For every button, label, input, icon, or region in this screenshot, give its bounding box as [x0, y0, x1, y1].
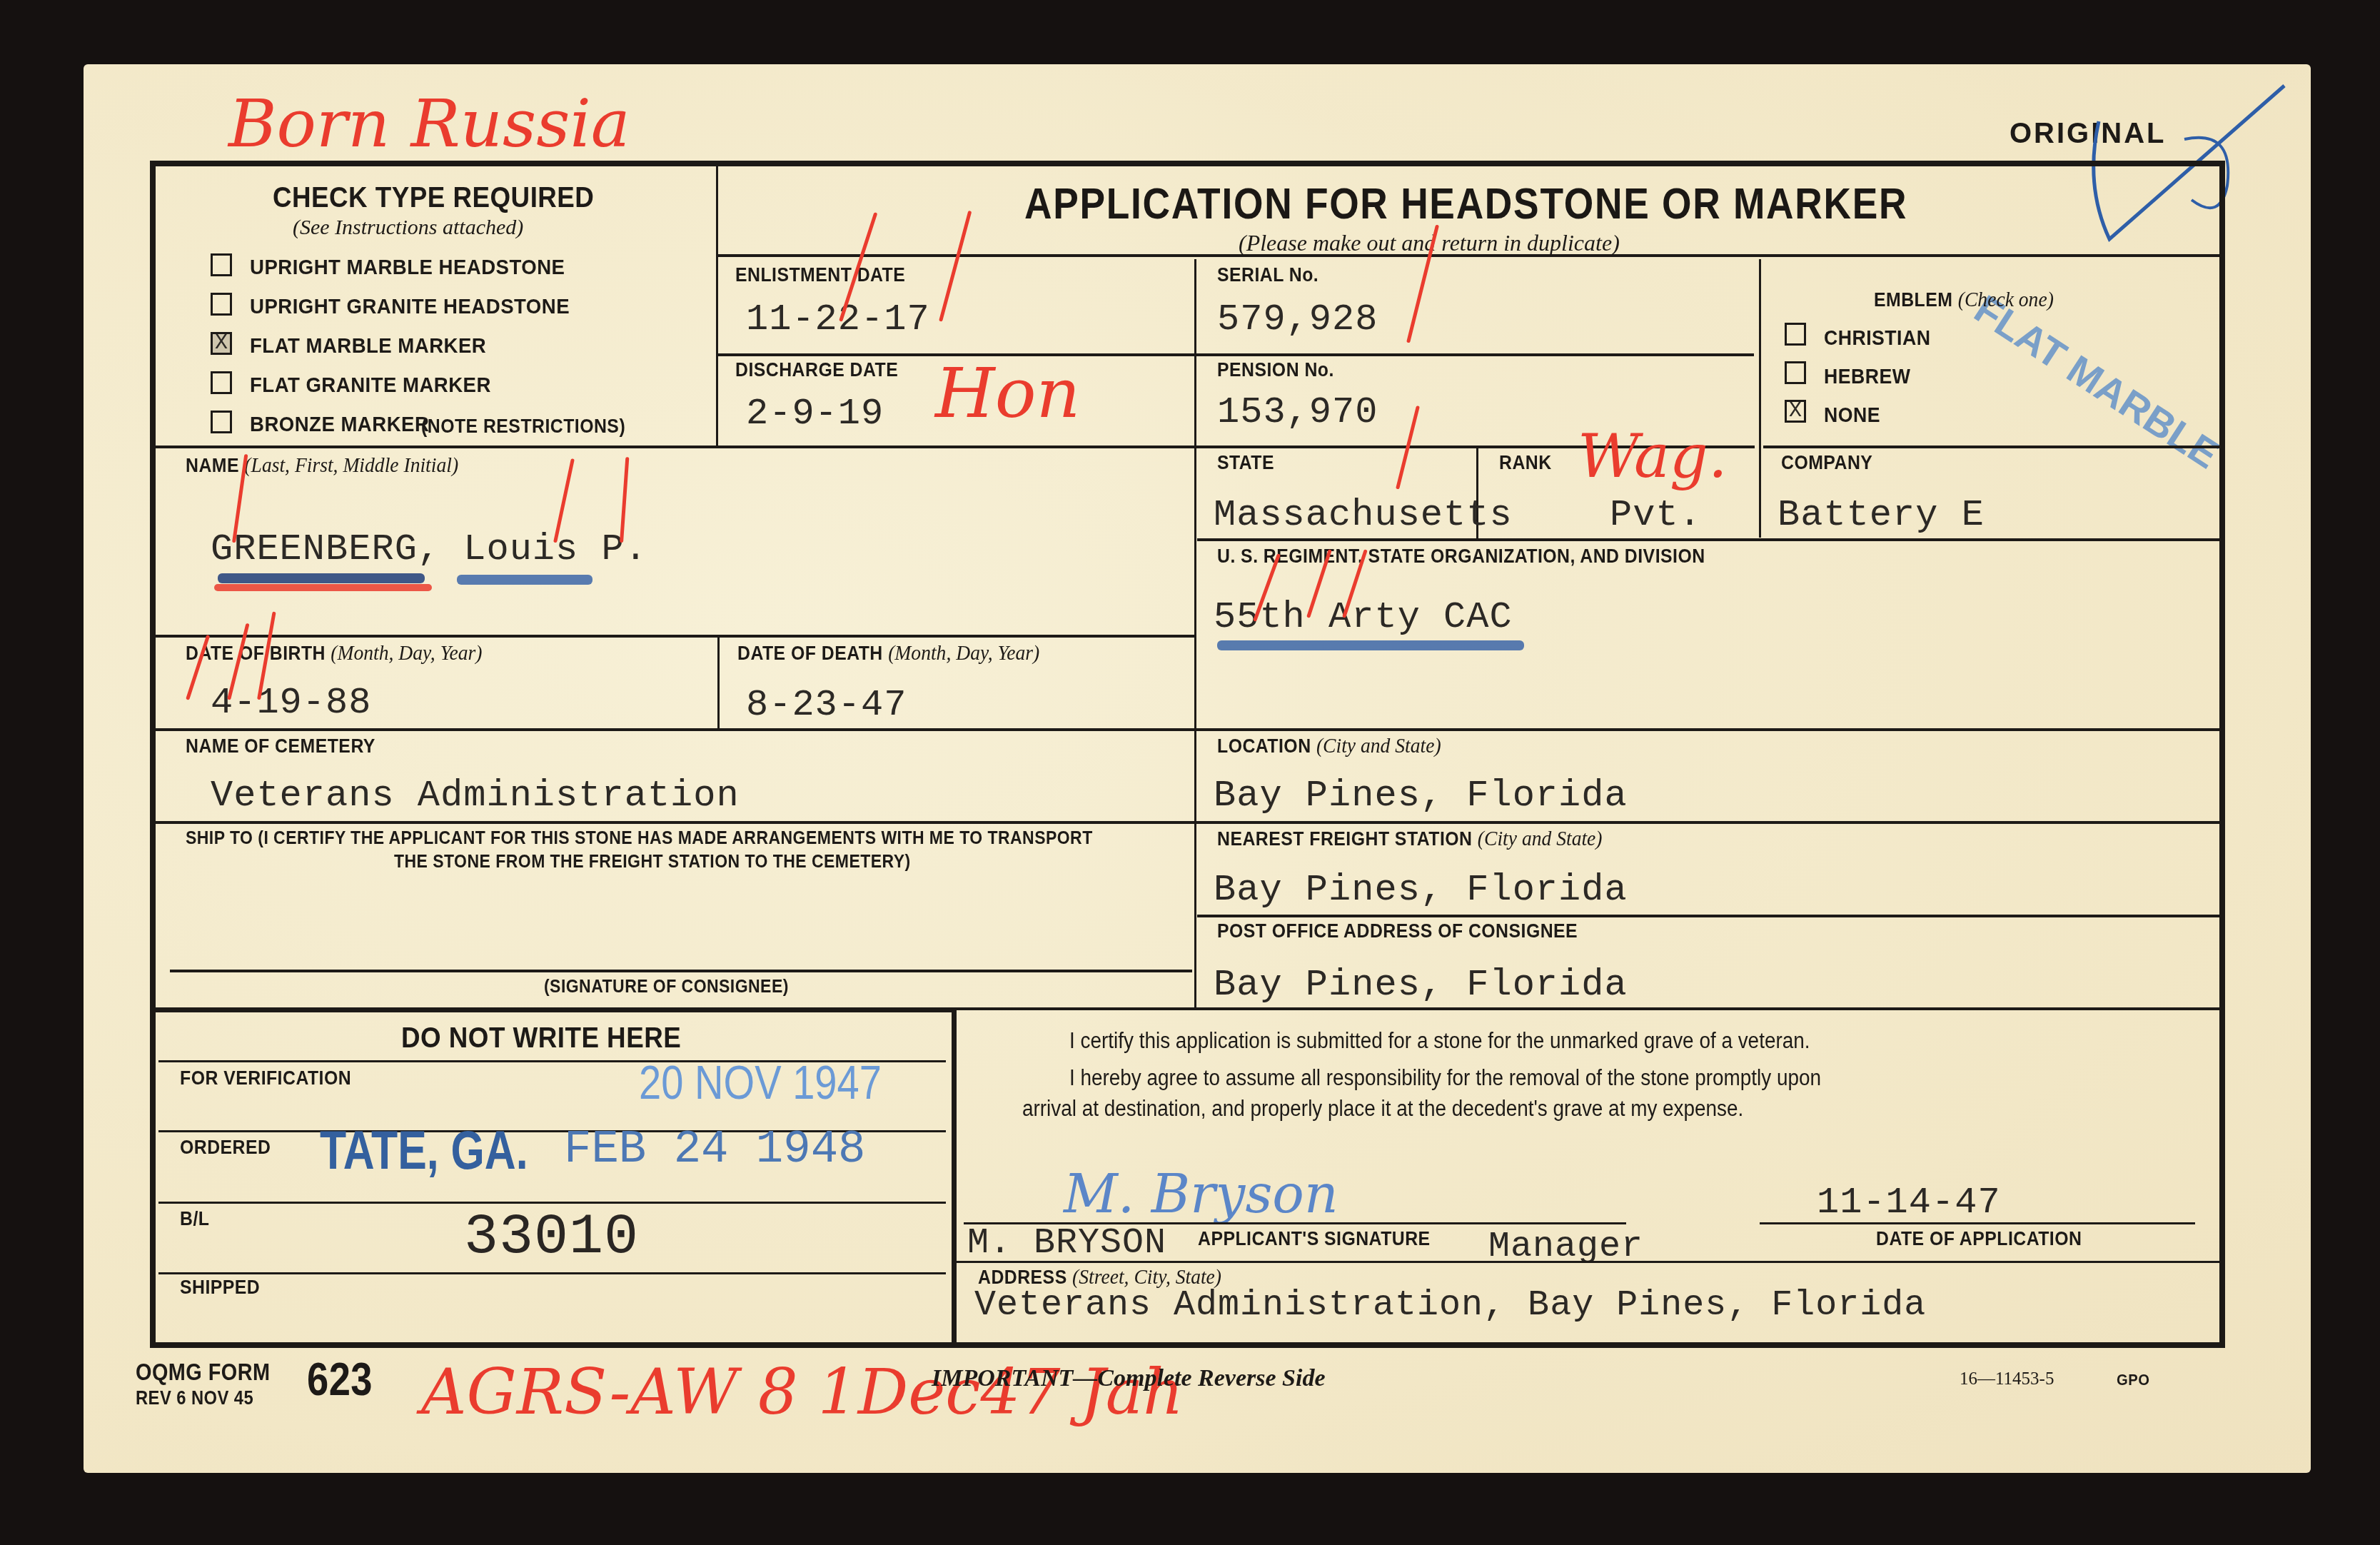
shipped-label: SHIPPED: [180, 1277, 260, 1299]
discharge-label: DISCHARGE DATE: [735, 359, 898, 381]
ordered-label: ORDERED: [180, 1137, 271, 1159]
cemetery-name: Veterans Administration: [211, 775, 740, 817]
check-type-subheading: (See Instructions attached): [293, 216, 523, 240]
divider: [716, 166, 718, 446]
option-label: FLAT MARBLE MARKER: [250, 334, 486, 358]
ship-to-note-line2: THE STONE FROM THE FREIGHT STATION TO TH…: [394, 852, 911, 872]
emblem-heading: EMBLEM (Check one): [1874, 288, 2054, 312]
office-use-heading: DO NOT WRITE HERE: [401, 1022, 681, 1055]
ship-to-label-text: SHIP TO: [186, 828, 253, 848]
certification-line-1: I certify this application is submitted …: [1069, 1028, 1810, 1054]
dod-label-note: (Month, Day, Year): [888, 641, 1039, 665]
date-line: [1760, 1222, 2195, 1224]
applicant-handwritten-signature: M. Bryson: [1064, 1164, 1338, 1225]
ship-to-label: SHIP TO (I CERTIFY THE APPLICANT FOR THI…: [186, 828, 1093, 849]
regiment-label: U. S. REGIMENT, STATE ORGANIZATION, AND …: [1217, 545, 1705, 568]
enlistment-date: 11-22-17: [746, 298, 930, 341]
option-checkbox[interactable]: [211, 253, 232, 276]
option-label: BRONZE MARKER: [250, 413, 429, 437]
rank-value: Pvt.: [1610, 494, 1702, 536]
location-label: LOCATION (City and State): [1217, 734, 1441, 758]
verification-stamp: 20 NOV 1947: [639, 1055, 882, 1109]
location-label-text: LOCATION: [1217, 735, 1311, 757]
applicant-typed-name: M. BRYSON: [967, 1223, 1166, 1264]
name-label: NAME (Last, First, Middle Initial): [186, 453, 458, 478]
divider: [1759, 259, 1761, 538]
certification-line-3: arrival at destination, and properly pla…: [1022, 1096, 1743, 1122]
divider: [1197, 915, 2219, 917]
emblem-heading-note: (Check one): [1958, 288, 2054, 311]
ordered-stamp-date: FEB 24 1948: [564, 1124, 865, 1176]
post-office-value: Bay Pines, Florida: [1214, 964, 1628, 1006]
divider: [717, 637, 720, 730]
divider: [156, 635, 1194, 638]
bl-label: B/L: [180, 1208, 209, 1230]
emblem-label: CHRISTIAN: [1824, 327, 1930, 351]
emblem-label: HEBREW: [1824, 366, 1910, 389]
applicant-address: Veterans Administration, Bay Pines, Flor…: [974, 1285, 1926, 1326]
name-underline: [457, 575, 593, 585]
option-label: FLAT GRANITE MARKER: [250, 373, 491, 398]
ship-to-note: (I CERTIFY THE APPLICANT FOR THIS STONE …: [258, 828, 1092, 848]
printer-mark: GPO: [2117, 1371, 2149, 1389]
state-value: Massachusetts: [1214, 494, 1513, 536]
location-label-note: (City and State): [1316, 734, 1441, 758]
post-office-label: POST OFFICE ADDRESS OF CONSIGNEE: [1217, 920, 1578, 942]
location-value: Bay Pines, Florida: [1214, 775, 1628, 817]
regiment-value: 55th Arty CAC: [1214, 596, 1513, 638]
form-id-line-2: REV 6 NOV 45: [136, 1387, 253, 1409]
honorable-annotation: Hon: [935, 353, 1080, 433]
divider: [1194, 259, 1196, 1009]
option-checkbox[interactable]: [211, 411, 232, 433]
option-label: UPRIGHT MARBLE HEADSTONE: [250, 256, 565, 280]
freight-label-note: (City and State): [1478, 827, 1603, 850]
dod-value: 8-23-47: [746, 684, 907, 726]
divider: [156, 821, 2219, 824]
serial-label: SERIAL No.: [1217, 264, 1318, 286]
pension-number: 153,970: [1217, 391, 1378, 433]
divider: [1763, 446, 2220, 448]
emblem-checkbox[interactable]: [1785, 361, 1806, 384]
company-label: COMPANY: [1781, 452, 1872, 474]
veteran-name: GREENBERG, Louis P.: [211, 528, 647, 570]
divider: [156, 728, 2219, 731]
divider: [158, 1272, 946, 1274]
option-label: UPRIGHT GRANITE HEADSTONE: [250, 295, 570, 319]
dod-label: DATE OF DEATH (Month, Day, Year): [737, 641, 1039, 665]
dob-label: DATE OF BIRTH (Month, Day, Year): [186, 641, 482, 665]
emblem-checkbox[interactable]: X: [1785, 400, 1806, 423]
dob-value: 4-19-88: [211, 682, 371, 724]
dod-label-text: DATE OF DEATH: [737, 643, 883, 664]
applicant-signature-label: APPLICANT'S SIGNATURE: [1198, 1228, 1431, 1250]
check-type-heading: CHECK TYPE REQUIRED: [273, 182, 594, 214]
emblem-label: NONE: [1824, 404, 1880, 428]
freight-label: NEAREST FREIGHT STATION (City and State): [1217, 827, 1603, 851]
name-label-note: (Last, First, Middle Initial): [244, 453, 458, 477]
consignee-signature-label: (SIGNATURE OF CONSIGNEE): [544, 977, 789, 997]
enlistment-label: ENLISTMENT DATE: [735, 264, 905, 286]
divider: [156, 446, 1755, 448]
ordered-stamp-place: TATE, GA.: [320, 1119, 528, 1182]
date-of-application-label: DATE OF APPLICATION: [1876, 1228, 2082, 1250]
pension-label: PENSION No.: [1217, 359, 1334, 381]
form-number: 623: [307, 1353, 373, 1406]
discharge-date: 2-9-19: [746, 393, 884, 435]
divider: [717, 254, 2219, 257]
form-id-line-1: OQMG FORM: [136, 1360, 270, 1384]
option-checkbox[interactable]: [211, 371, 232, 394]
option-note: (NOTE RESTRICTIONS): [421, 416, 625, 438]
serial-number: 579,928: [1217, 298, 1378, 341]
dob-label-note: (Month, Day, Year): [331, 641, 482, 665]
freight-label-text: NEAREST FREIGHT STATION: [1217, 828, 1472, 850]
state-label: STATE: [1217, 452, 1274, 474]
print-code: 16—11453-5: [1960, 1369, 2054, 1389]
form-title: APPLICATION FOR HEADSTONE OR MARKER: [1024, 178, 1907, 229]
option-checkbox[interactable]: [211, 293, 232, 316]
divider: [1197, 538, 2219, 541]
company-value: Battery E: [1778, 494, 1985, 536]
emblem-checkbox[interactable]: [1785, 323, 1806, 346]
option-checkbox[interactable]: X: [211, 332, 232, 355]
wagoner-annotation: Wag.: [1578, 421, 1728, 491]
name-label-text: NAME: [186, 455, 239, 476]
regiment-underline: [1217, 640, 1524, 650]
bl-number: 33010: [464, 1205, 639, 1270]
divider: [717, 353, 1754, 356]
signature-line: [170, 970, 1192, 972]
important-note: IMPORTANT—Complete Reverse Side: [932, 1365, 1326, 1392]
certification-line-2: I hereby agree to assume all responsibil…: [1069, 1065, 1821, 1091]
name-underline: [218, 573, 425, 583]
name-underline-red: [214, 584, 432, 591]
application-date: 11-14-47: [1817, 1182, 2001, 1224]
divider: [158, 1202, 946, 1204]
verification-label: FOR VERIFICATION: [180, 1067, 351, 1089]
emblem-heading-text: EMBLEM: [1874, 289, 1952, 311]
freight-station-value: Bay Pines, Florida: [1214, 869, 1628, 911]
cemetery-label: NAME OF CEMETERY: [186, 735, 375, 758]
rank-label: RANK: [1499, 452, 1552, 474]
divider: [957, 1261, 2219, 1263]
born-russia-annotation: Born Russia: [228, 86, 630, 162]
